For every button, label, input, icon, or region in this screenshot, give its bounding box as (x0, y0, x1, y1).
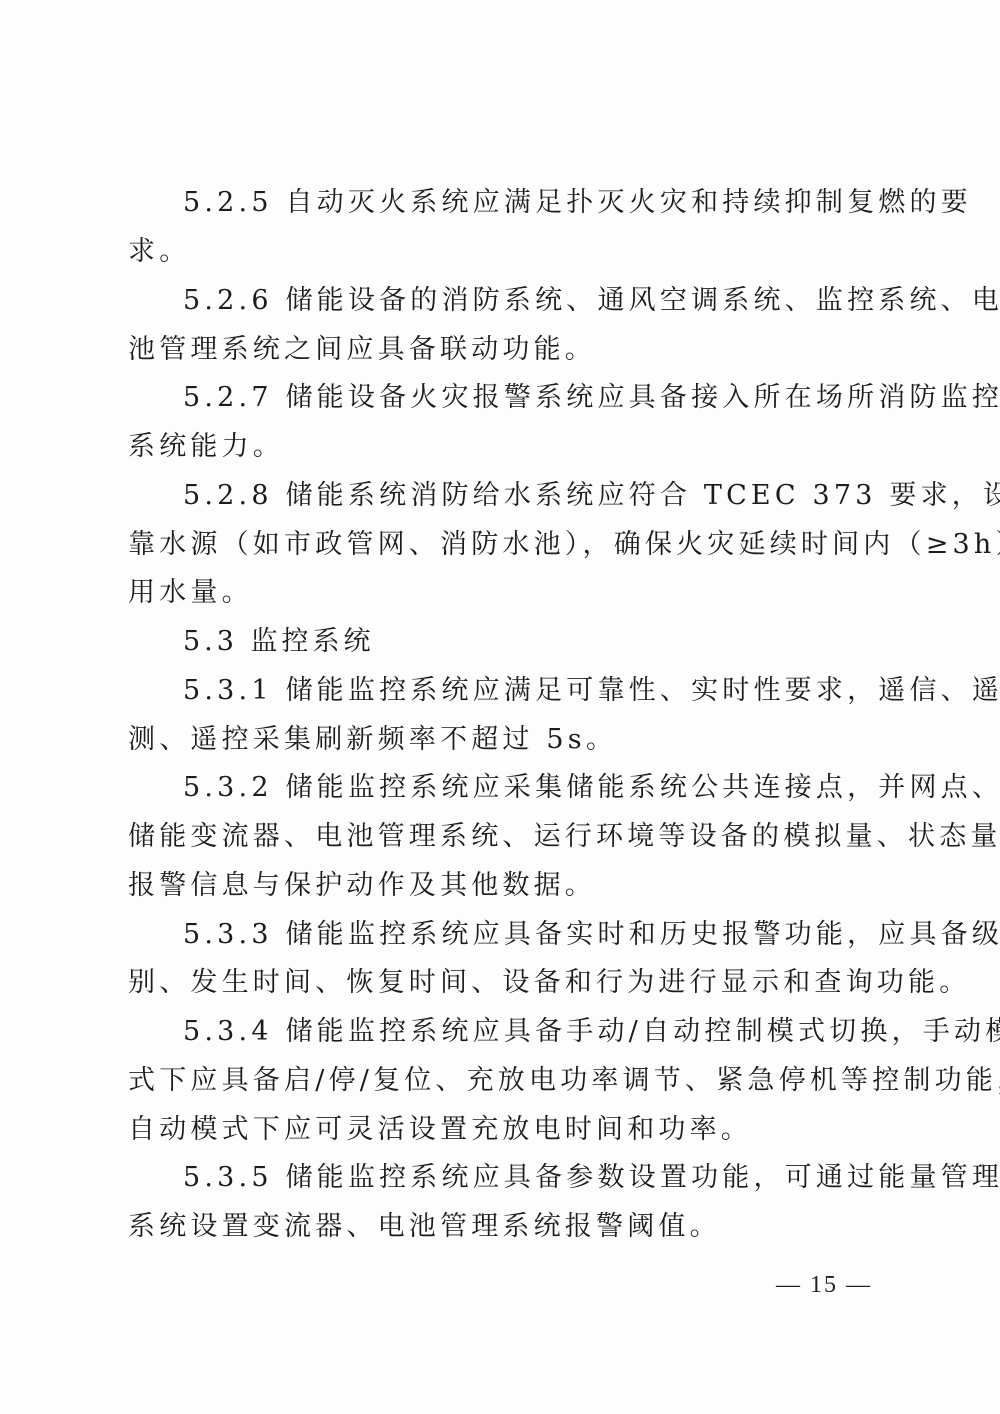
clause-5-3-2-line-3: 报警信息与保护动作及其他数据。 (128, 868, 873, 904)
clause-5-3-3-line-1: 5.3.3 储能监控系统应具备实时和历史报警功能，应具备级 (183, 917, 873, 953)
clause-5-3-5-line-1: 5.3.5 储能监控系统应具备参数设置功能，可通过能量管理 (183, 1160, 873, 1196)
clause-5-2-6-line-2: 池管理系统之间应具备联动功能。 (128, 332, 873, 368)
clause-5-3-5-line-2: 系统设置变流器、电池管理系统报警阈值。 (128, 1209, 873, 1245)
clause-5-2-7-line-1: 5.2.7 储能设备火灾报警系统应具备接入所在场所消防监控 (183, 380, 873, 416)
clause-5-3-2-line-2: 储能变流器、电池管理系统、运行环境等设备的模拟量、状态量、 (128, 819, 873, 855)
clause-5-2-5-line-2: 求。 (128, 234, 873, 270)
section-5-3-heading: 5.3 监控系统 (183, 624, 873, 660)
clause-5-2-5-line-1: 5.2.5 自动灭火系统应满足扑灭火灾和持续抑制复燃的要 (183, 185, 873, 221)
document-page: 5.2.5 自动灭火系统应满足扑灭火灾和持续抑制复燃的要 求。 5.2.6 储能… (0, 0, 1000, 1414)
clause-5-2-7-line-2: 系统能力。 (128, 429, 873, 465)
clause-5-3-4-line-2: 式下应具备启/停/复位、充放电功率调节、紧急停机等控制功能， (128, 1063, 873, 1099)
page-number: — 15 — (776, 1270, 872, 1300)
clause-5-3-3-line-2: 别、发生时间、恢复时间、设备和行为进行显示和查询功能。 (128, 965, 873, 1001)
clause-5-2-8-line-2: 靠水源（如市政管网、消防水池），确保火灾延续时间内（≥3h） (128, 527, 873, 563)
clause-5-3-2-line-1: 5.3.2 储能监控系统应采集储能系统公共连接点，并网点、 (183, 770, 873, 806)
clause-5-3-1-line-2: 测、遥控采集刷新频率不超过 5s。 (128, 722, 873, 758)
clause-5-2-8-line-3: 用水量。 (128, 575, 873, 611)
clause-5-2-6-line-1: 5.2.6 储能设备的消防系统、通风空调系统、监控系统、电 (183, 283, 873, 319)
clause-5-3-4-line-3: 自动模式下应可灵活设置充放电时间和功率。 (128, 1112, 873, 1148)
clause-5-3-1-line-1: 5.3.1 储能监控系统应满足可靠性、实时性要求，遥信、遥 (183, 673, 873, 709)
clause-5-2-8-line-1: 5.2.8 储能系统消防给水系统应符合 TCEC 373 要求，设置可 (183, 478, 873, 514)
clause-5-3-4-line-1: 5.3.4 储能监控系统应具备手动/自动控制模式切换，手动模 (183, 1014, 873, 1050)
